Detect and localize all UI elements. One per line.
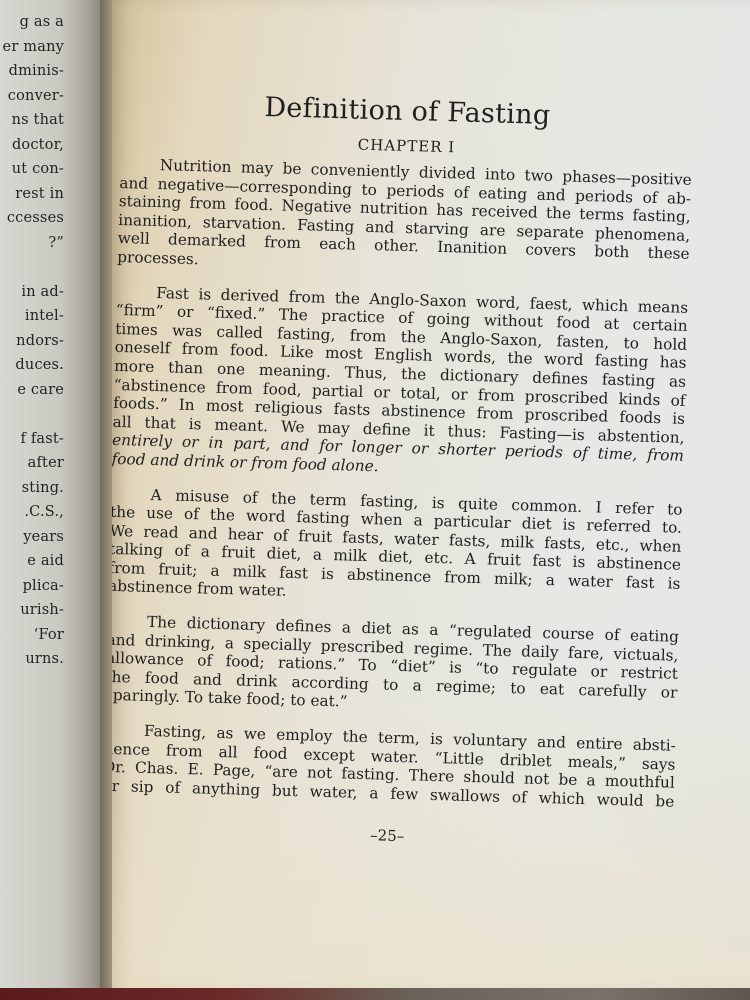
left-fragment: ‘For xyxy=(0,623,64,648)
left-fragment: plica- xyxy=(0,574,64,599)
right-page: Definition of Fasting CHAPTER I Nutritio… xyxy=(112,0,750,988)
left-fragment: e care xyxy=(0,378,64,403)
left-fragment: ns that xyxy=(0,108,64,133)
left-fragment: e aid xyxy=(0,549,64,574)
paragraph-fasting-employed: Fasting, as we employ the term, is volun… xyxy=(112,721,676,811)
left-fragment: ndors- xyxy=(0,329,64,354)
paragraph-diet-definition: The dictionary defines a diet as a “regu… xyxy=(112,612,679,721)
chapter-title: Definition of Fasting xyxy=(121,88,694,135)
left-fragment: after xyxy=(0,451,64,476)
left-fragment: rest in xyxy=(0,182,64,207)
paragraph-misuse: A misuse of the term fasting, is quite c… xyxy=(112,484,683,611)
left-fragment: conver- xyxy=(0,84,64,109)
left-fragment: sting. xyxy=(0,476,64,501)
left-fragment: duces. xyxy=(0,353,64,378)
left-fragment: f fast- xyxy=(0,427,64,452)
left-page: g as a er many dminis- conver- ns that d… xyxy=(0,0,110,988)
left-fragment: g as a xyxy=(0,10,64,35)
left-fragment: urns. xyxy=(0,647,64,672)
left-page-text-fragments: g as a er many dminis- conver- ns that d… xyxy=(0,10,64,672)
left-fragment: dminis- xyxy=(0,59,64,84)
paragraph-etymology: Fast is derived from the Anglo-Saxon wor… xyxy=(112,282,688,484)
left-fragment: er many xyxy=(0,35,64,60)
page-number: –25– xyxy=(112,819,673,853)
paragraph-nutrition: Nutrition may be conveniently divided in… xyxy=(117,155,692,282)
left-fragment: ccesses xyxy=(0,206,64,231)
left-fragment: in ad- xyxy=(0,280,64,305)
left-fragment: doctor, xyxy=(0,133,64,158)
left-fragment: years xyxy=(0,525,64,550)
left-fragment xyxy=(0,402,64,427)
left-fragment: urish- xyxy=(0,598,64,623)
left-fragment xyxy=(0,255,64,280)
left-fragment: ut con- xyxy=(0,157,64,182)
left-fragment: ?” xyxy=(0,231,64,256)
page-content: Definition of Fasting CHAPTER I Nutritio… xyxy=(112,88,694,853)
left-fragment: intel- xyxy=(0,304,64,329)
left-fragment: .C.S., xyxy=(0,500,64,525)
